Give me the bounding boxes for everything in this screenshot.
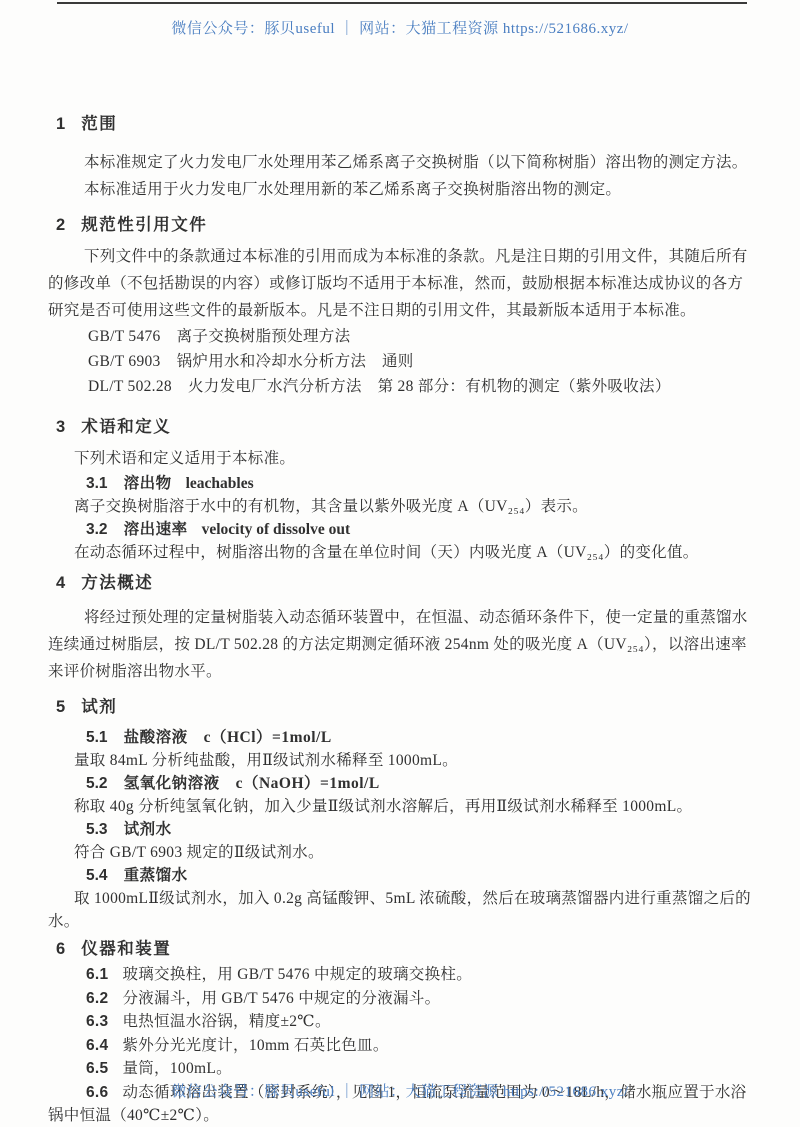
clause-6-3-number: 6.3 bbox=[86, 1013, 108, 1030]
clause-6-1: 6.1玻璃交换柱，用 GB/T 5476 中规定的玻璃交换柱。 bbox=[48, 963, 755, 987]
section-4-title: 方法概述 bbox=[81, 573, 153, 592]
term-3-2-definition: 在动态循环过程中，树脂溶出物的含量在单位时间（天）内吸光度 A（UV₂₅₄）的变… bbox=[48, 541, 755, 564]
section-1-number: 1 bbox=[56, 115, 65, 133]
clause-6-2: 6.2分液漏斗，用 GB/T 5476 中规定的分液漏斗。 bbox=[48, 987, 755, 1011]
clause-6-2-text: 分液漏斗，用 GB/T 5476 中规定的分液漏斗。 bbox=[122, 990, 440, 1007]
clause-6-3-text: 电热恒温水浴锅，精度±2℃。 bbox=[122, 1013, 330, 1030]
clause-5-4-title: 重蒸馏水 bbox=[124, 867, 188, 884]
clause-5-1-number: 5.1 bbox=[86, 729, 108, 746]
section-1-title: 范围 bbox=[81, 114, 117, 133]
clause-5-4-body: 取 1000mLⅡ级试剂水，加入 0.2g 高锰酸钾、5mL 浓硫酸，然后在玻璃… bbox=[48, 887, 755, 933]
term-3-1-label: 溶出物 bbox=[124, 475, 172, 492]
reference-code: GB/T 6903 bbox=[88, 353, 161, 370]
clause-5-2-body: 称取 40g 分析纯氢氧化钠，加入少量Ⅱ级试剂水溶解后，再用Ⅱ级试剂水稀释至 1… bbox=[48, 795, 755, 818]
section-3-title: 术语和定义 bbox=[81, 417, 171, 436]
term-3-2-heading: 3.2溶出速率velocity of dissolve out bbox=[86, 518, 755, 541]
section-4-paragraph: 将经过预处理的定量树脂装入动态循环装置中，在恒温、动态循环条件下，使一定量的重蒸… bbox=[48, 604, 755, 685]
reference-title: 火力发电厂水汽分析方法 第 28 部分：有机物的测定（紫外吸收法） bbox=[188, 378, 671, 395]
reference-item: GB/T 6903锅炉用水和冷却水分析方法 通则 bbox=[88, 349, 755, 374]
term-3-1-definition: 离子交换树脂溶于水中的有机物，其含量以紫外吸光度 A（UV₂₅₄）表示。 bbox=[48, 495, 755, 518]
clause-6-1-number: 6.1 bbox=[86, 966, 108, 983]
clause-5-3-number: 5.3 bbox=[86, 821, 108, 838]
clause-6-3: 6.3电热恒温水浴锅，精度±2℃。 bbox=[48, 1010, 755, 1034]
reference-item: DL/T 502.28火力发电厂水汽分析方法 第 28 部分：有机物的测定（紫外… bbox=[88, 374, 755, 399]
term-3-2-label: 溶出速率 bbox=[124, 521, 188, 538]
section-4-number: 4 bbox=[56, 574, 65, 592]
section-5-title: 试剂 bbox=[81, 697, 117, 716]
section-2-paragraph: 下列文件中的条款通过本标准的引用而成为本标准的条款。凡是注日期的引用文件，其随后… bbox=[48, 243, 755, 324]
clause-5-2-heading: 5.2氢氧化钠溶液 c（NaOH）=1mol/L bbox=[86, 772, 755, 795]
term-3-1-english: leachables bbox=[186, 475, 254, 492]
section-5-heading: 5试剂 bbox=[56, 695, 755, 719]
section-6-heading: 6仪器和装置 bbox=[56, 937, 755, 961]
clause-6-2-number: 6.2 bbox=[86, 990, 108, 1007]
reference-item: GB/T 5476离子交换树脂预处理方法 bbox=[88, 324, 755, 349]
section-1-heading: 1范围 bbox=[56, 112, 755, 136]
reference-code: DL/T 502.28 bbox=[88, 378, 172, 395]
document-content: 1范围 本标准规定了火力发电厂水处理用苯乙烯系离子交换树脂（以下简称树脂）溶出物… bbox=[0, 0, 800, 1127]
clause-5-4-number: 5.4 bbox=[86, 867, 108, 884]
section-2-title: 规范性引用文件 bbox=[81, 215, 207, 234]
document-page: 微信公众号：豚贝useful ｜ 网站：大猫工程资源 https://52168… bbox=[0, 0, 800, 1127]
clause-5-4-heading: 5.4重蒸馏水 bbox=[86, 864, 755, 887]
footer-watermark-link[interactable]: 微信公众号：豚贝useful ｜ 网站：大猫工程资源 https://52168… bbox=[0, 1080, 800, 1101]
term-3-1-number: 3.1 bbox=[86, 475, 108, 492]
section-2-number: 2 bbox=[56, 216, 65, 234]
reference-title: 锅炉用水和冷却水分析方法 通则 bbox=[177, 353, 414, 370]
clause-5-1-title: 盐酸溶液 c（HCl）=1mol/L bbox=[124, 729, 332, 746]
clause-6-4: 6.4紫外分光光度计，10mm 石英比色皿。 bbox=[48, 1034, 755, 1058]
section-3-number: 3 bbox=[56, 418, 65, 436]
section-1-paragraph-1: 本标准规定了火力发电厂水处理用苯乙烯系离子交换树脂（以下简称树脂）溶出物的测定方… bbox=[48, 149, 755, 176]
section-2-heading: 2规范性引用文件 bbox=[56, 213, 755, 237]
section-6-number: 6 bbox=[56, 940, 65, 958]
clause-5-3-body: 符合 GB/T 6903 规定的Ⅱ级试剂水。 bbox=[48, 841, 755, 864]
clause-5-1-heading: 5.1盐酸溶液 c（HCl）=1mol/L bbox=[86, 726, 755, 749]
reference-code: GB/T 5476 bbox=[88, 328, 161, 345]
clause-6-1-text: 玻璃交换柱，用 GB/T 5476 中规定的玻璃交换柱。 bbox=[122, 966, 472, 983]
clause-6-4-text: 紫外分光光度计，10mm 石英比色皿。 bbox=[122, 1037, 388, 1054]
clause-5-1-body: 量取 84mL 分析纯盐酸，用Ⅱ级试剂水稀释至 1000mL。 bbox=[48, 749, 755, 772]
clause-5-3-title: 试剂水 bbox=[124, 821, 172, 838]
clause-5-3-heading: 5.3试剂水 bbox=[86, 818, 755, 841]
clause-6-5-number: 6.5 bbox=[86, 1060, 108, 1077]
clause-6-4-number: 6.4 bbox=[86, 1037, 108, 1054]
clause-6-5-text: 量筒，100mL。 bbox=[122, 1060, 231, 1077]
top-divider-line bbox=[57, 2, 747, 4]
clause-5-2-number: 5.2 bbox=[86, 775, 108, 792]
section-6-title: 仪器和装置 bbox=[81, 939, 171, 958]
term-3-2-english: velocity of dissolve out bbox=[202, 521, 351, 538]
term-3-2-number: 3.2 bbox=[86, 521, 108, 538]
section-5-number: 5 bbox=[56, 698, 65, 716]
reference-title: 离子交换树脂预处理方法 bbox=[177, 328, 351, 345]
section-3-intro: 下列术语和定义适用于本标准。 bbox=[48, 447, 755, 470]
section-1-paragraph-2: 本标准适用于火力发电厂水处理用新的苯乙烯系离子交换树脂溶出物的测定。 bbox=[48, 176, 755, 203]
section-4-heading: 4方法概述 bbox=[56, 571, 755, 595]
header-watermark-link[interactable]: 微信公众号：豚贝useful ｜ 网站：大猫工程资源 https://52168… bbox=[0, 17, 800, 38]
clause-6-5: 6.5量筒，100mL。 bbox=[48, 1057, 755, 1081]
term-3-1-heading: 3.1溶出物leachables bbox=[86, 472, 755, 495]
clause-5-2-title: 氢氧化钠溶液 c（NaOH）=1mol/L bbox=[124, 775, 380, 792]
section-3-heading: 3术语和定义 bbox=[56, 415, 755, 439]
